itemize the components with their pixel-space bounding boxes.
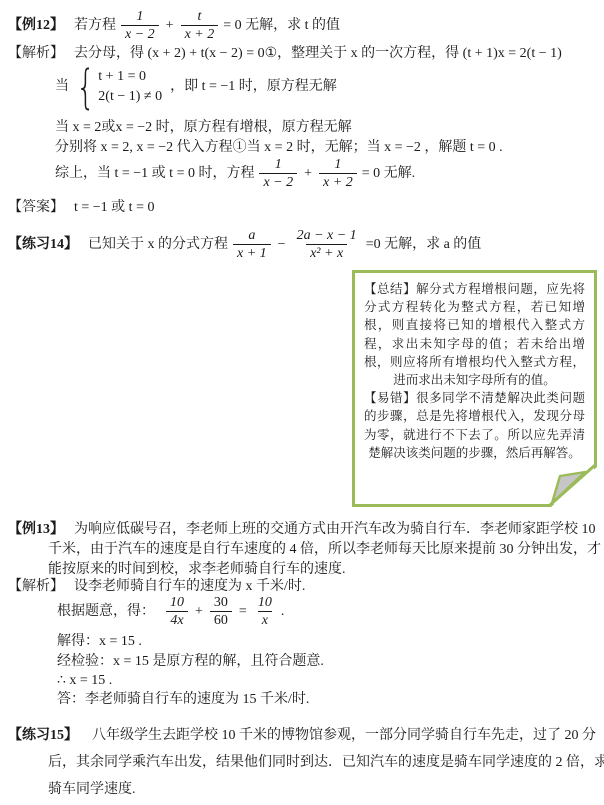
answer-12-text: t = −1 或 t = 0: [74, 198, 154, 218]
fraction-denominator: x + 1: [233, 244, 271, 262]
example-13-heading: 【例13】为响应低碳号召，李老师上班的交通方式由开汽车改为骑自行车．李老师家距学…: [8, 520, 604, 580]
fraction-numerator: t: [193, 8, 205, 25]
case-system: 当 { t + 1 = 0 2(t − 1) ≠ 0 ，即 t = −1 时，原…: [55, 66, 337, 108]
solution-13-step-3: ∴ x = 15 .: [57, 671, 112, 691]
fraction: 2a − x − 1 x² + x: [293, 227, 361, 262]
example-13-label: 【例13】: [8, 522, 64, 537]
solution-13-step-2: 经检验：x = 15 是原方程的解，且符合题意.: [57, 652, 324, 672]
fraction-denominator: x − 2: [259, 173, 297, 191]
folded-corner-icon: [547, 463, 597, 507]
practice-15-label: 【练习15】: [8, 728, 78, 743]
fraction-denominator: x − 2: [121, 25, 159, 43]
case-condition-top: t + 1 = 0: [98, 67, 162, 87]
practice-14-question-pre: 已知关于 x 的分式方程: [88, 235, 228, 255]
solution-12-conclusion: 综上，当 t = −1 或 t = 0 时，方程 1 x − 2 + 1 x +…: [55, 156, 415, 191]
case-conditions: t + 1 = 0 2(t − 1) ≠ 0: [98, 67, 162, 107]
equals-operator: =: [239, 602, 247, 622]
equation-post-text: .: [281, 602, 285, 622]
fraction-numerator: 1: [132, 8, 147, 25]
solution-12-text-1: 去分母，得 (x + 2) + t(x − 2) = 0①，整理关于 x 的一次…: [74, 44, 562, 64]
example-12-heading: 【例12】 若方程 1 x − 2 + t x + 2 = 0 无解，求 t 的…: [8, 8, 340, 43]
case-pre-text: 当: [55, 77, 69, 97]
solution-12-line-3: 分别将 x = 2, x = −2 代入方程①当 x = 2 时，无解；当 x …: [55, 138, 503, 158]
fraction: a x + 1: [233, 227, 271, 262]
fraction-denominator: x + 2: [181, 25, 219, 43]
worksheet-page: 【例12】 若方程 1 x − 2 + t x + 2 = 0 无解，求 t 的…: [0, 0, 604, 805]
note-summary-text: 【总结】解分式方程增根问题，应先将分式方程转化为整式方程，若已知增根，则直接将已…: [364, 280, 585, 389]
solution-13-equation: 根据题意，得： 10 4x + 30 60 = 10 x .: [57, 594, 284, 629]
example-12-question-pre: 若方程: [74, 16, 116, 36]
solution-13-step-1: 解得：x = 15 .: [57, 632, 142, 652]
example-13-question-text: 为响应低碳号召，李老师上班的交通方式由开汽车改为骑自行车．李老师家距学校 10 …: [48, 522, 601, 577]
case-condition-bottom: 2(t − 1) ≠ 0: [98, 87, 162, 107]
fraction: 1 x + 2: [319, 156, 357, 191]
fraction-numerator: 1: [271, 156, 286, 173]
fraction-numerator: a: [244, 227, 259, 244]
analysis-label: 【解析】: [8, 44, 64, 64]
curly-brace-icon: {: [76, 66, 95, 108]
practice-14-question-post: =0 无解，求 a 的值: [366, 235, 482, 255]
practice-14-heading: 【练习14】 已知关于 x 的分式方程 a x + 1 − 2a − x − 1…: [8, 227, 481, 262]
example-12-question-post: = 0 无解，求 t 的值: [223, 16, 340, 36]
fraction: 10 4x: [166, 594, 188, 629]
answer-12: 【答案】 t = −1 或 t = 0: [8, 198, 154, 218]
fraction: 30 60: [210, 594, 232, 629]
fraction-denominator: x: [258, 611, 272, 629]
fraction: 10 x: [254, 594, 276, 629]
fraction-denominator: x² + x: [306, 244, 347, 262]
fraction-denominator: 60: [210, 611, 232, 629]
answer-label: 【答案】: [8, 198, 64, 218]
fraction: 1 x − 2: [121, 8, 159, 43]
note-mistake-text: 【易错】很多同学不清楚解决此类问题的步骤，总是先将增根代入，发现分母为零，就进行…: [364, 389, 585, 462]
fraction: 1 x − 2: [259, 156, 297, 191]
equation-pre-text: 根据题意，得：: [57, 602, 155, 622]
conclusion-post-text: = 0 无解.: [362, 164, 415, 184]
fraction-numerator: 30: [210, 594, 232, 611]
fraction-numerator: 10: [166, 594, 188, 611]
case-post-text: ，即 t = −1 时，原方程无解: [170, 77, 337, 97]
practice-15-heading: 【练习15】八年级学生去距学校 10 千米的博物馆参观，一部分同学骑自行车先走，…: [8, 722, 604, 803]
plus-operator: +: [166, 16, 174, 36]
fraction: t x + 2: [181, 8, 219, 43]
example-12-label: 【例12】: [8, 16, 64, 36]
plus-operator: +: [195, 602, 203, 622]
fraction-denominator: x + 2: [319, 173, 357, 191]
fraction-denominator: 4x: [166, 611, 187, 629]
practice-15-question-text: 八年级学生去距学校 10 千米的博物馆参观，一部分同学骑自行车先走，过了 20 …: [48, 728, 604, 797]
solution-13-answer: 答：李老师骑自行车的速度为 15 千米/时.: [57, 690, 309, 710]
plus-operator: +: [304, 164, 312, 184]
conclusion-pre-text: 综上，当 t = −1 或 t = 0 时，方程: [55, 164, 254, 184]
fraction-numerator: 10: [254, 594, 276, 611]
analysis-label: 【解析】: [8, 577, 64, 597]
solution-12-line-2: 当 x = 2或x = −2 时，原方程有增根，原方程无解: [55, 118, 352, 138]
fraction-numerator: 1: [330, 156, 345, 173]
summary-note-box: 【总结】解分式方程增根问题，应先将分式方程转化为整式方程，若已知增根，则直接将已…: [352, 270, 597, 507]
practice-14-label: 【练习14】: [8, 235, 78, 255]
fraction-numerator: 2a − x − 1: [293, 227, 361, 244]
minus-operator: −: [278, 235, 286, 255]
